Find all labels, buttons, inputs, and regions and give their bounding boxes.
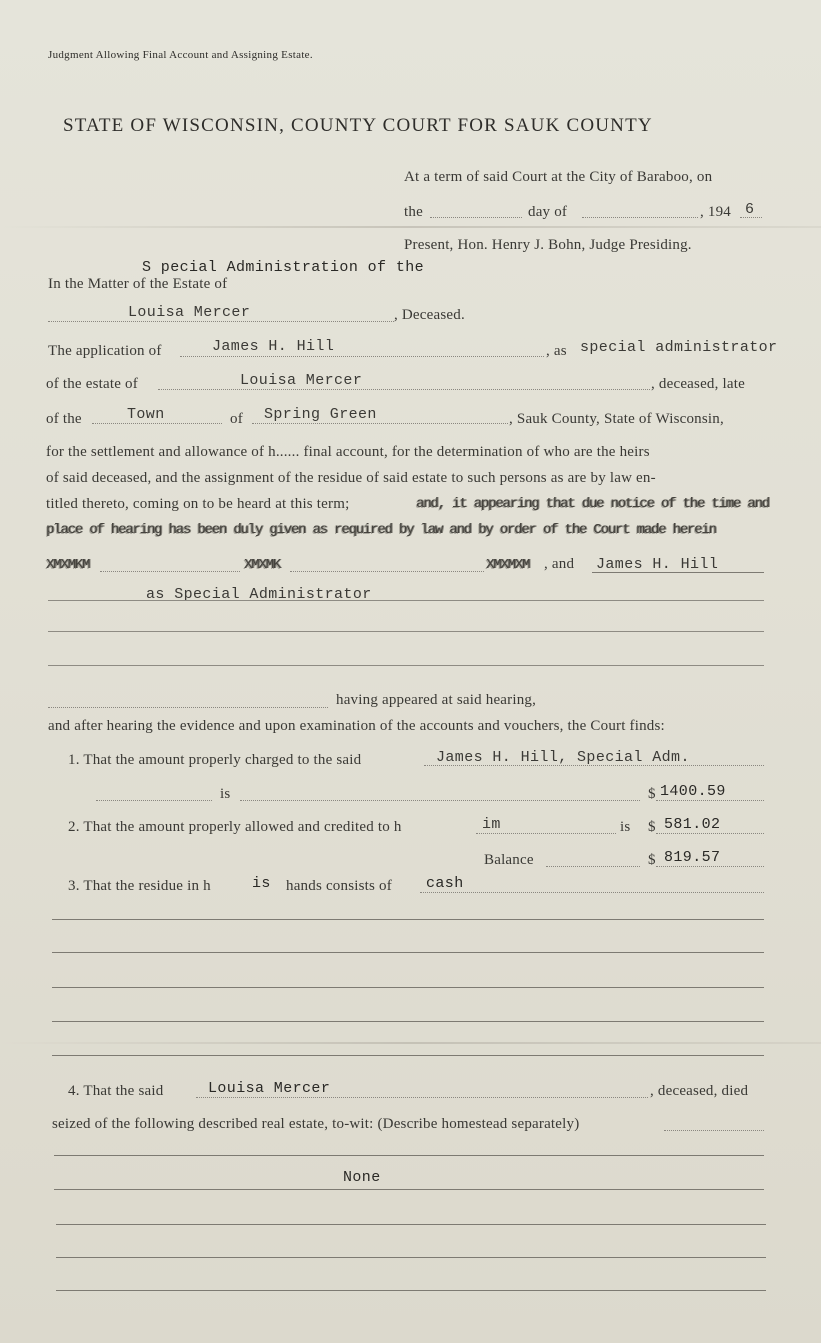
appeared-label: having appeared at said hearing, — [336, 692, 536, 709]
blank-field — [546, 866, 640, 867]
finding-2-typed[interactable]: im — [482, 816, 501, 833]
balance-label: Balance — [484, 852, 534, 869]
struck-text-a: XMXMKM — [46, 557, 89, 573]
party-capacity-field — [48, 600, 764, 601]
estate-name-field — [158, 389, 650, 390]
deceased-label: , Deceased. — [394, 307, 465, 324]
finding-3-hands-label: hands consists of — [286, 878, 392, 895]
after-hearing-line: and after hearing the evidence and upon … — [48, 718, 665, 735]
day-of-label: day of — [528, 204, 567, 221]
paper-fold-line — [0, 226, 821, 228]
body-line-3: titled thereto, coming on to be heard at… — [46, 496, 349, 513]
struck-text-line-3: and, it appearing that due notice of the… — [416, 496, 769, 512]
party-field — [592, 572, 764, 573]
as-label: , as — [546, 343, 567, 360]
finding-1-amount-field — [656, 800, 764, 801]
court-title: STATE OF WISCONSIN, COUNTY COURT FOR SAU… — [63, 115, 653, 137]
struck-text-c: XMXMXM — [486, 557, 529, 573]
applicant-typed[interactable]: James H. Hill — [212, 338, 334, 355]
the-label: the — [404, 204, 423, 221]
finding-1-amount[interactable]: 1400.59 — [660, 783, 726, 800]
residue-line[interactable] — [52, 1055, 764, 1056]
blank-field — [290, 571, 484, 572]
blank-field — [240, 800, 640, 801]
appearance-field[interactable] — [48, 707, 328, 708]
application-label: The application of — [48, 343, 162, 360]
finding-1-label: 1. That the amount properly charged to t… — [68, 752, 361, 769]
blank-line[interactable] — [48, 665, 764, 666]
finding-1-typed[interactable]: James H. Hill, Special Adm. — [436, 749, 690, 766]
finding-3-typed[interactable]: cash — [426, 875, 464, 892]
finding-1-field — [424, 765, 764, 766]
finding-3-label: 3. That the residue in h — [68, 878, 211, 895]
real-estate-typed[interactable]: None — [343, 1169, 381, 1186]
day-field[interactable] — [430, 217, 522, 218]
residue-line[interactable] — [52, 1021, 764, 1022]
form-caption: Judgment Allowing Final Account and Assi… — [48, 49, 313, 61]
matter-typed-prefix: S pecial Administration of the — [142, 259, 424, 276]
body-line-1: for the settlement and allowance of h...… — [46, 444, 650, 461]
estate-of-label: of the estate of — [46, 376, 138, 393]
matter-label: In the Matter of the Estate of — [48, 276, 227, 293]
finding-4-died-label: , deceased, died — [650, 1083, 748, 1100]
balance-dollar: $ — [648, 852, 656, 869]
balance-amount-field — [656, 866, 764, 867]
and-label: , and — [544, 556, 574, 573]
municipality-type-field — [92, 423, 222, 424]
finding-1-is-label: is — [220, 786, 230, 803]
year-field-line — [740, 217, 762, 218]
term-line: At a term of said Court at the City of B… — [404, 169, 712, 186]
finding-4-typed[interactable]: Louisa Mercer — [208, 1080, 330, 1097]
finding-4-label: 4. That the said — [68, 1083, 163, 1100]
struck-text-line-4: place of hearing has been duly given as … — [46, 522, 716, 538]
of-the-label: of the — [46, 411, 82, 428]
finding-4-field — [196, 1097, 648, 1098]
party-typed[interactable]: James H. Hill — [596, 556, 718, 573]
blank-field — [100, 571, 240, 572]
paper-fold-line — [0, 1042, 821, 1044]
year-prefix: , 194 — [700, 204, 731, 221]
deceased-name-field — [48, 321, 394, 322]
municipality-name-field — [252, 423, 508, 424]
body-line-2: of said deceased, and the assignment of … — [46, 470, 656, 487]
court-form-page: Judgment Allowing Final Account and Assi… — [0, 0, 821, 1343]
finding-2-dollar: $ — [648, 819, 656, 836]
capacity-typed[interactable]: special administrator — [580, 339, 777, 356]
real-estate-line[interactable] — [56, 1224, 766, 1225]
blank-line[interactable] — [48, 631, 764, 632]
month-field[interactable] — [582, 217, 698, 218]
finding-2-is-label: is — [620, 819, 630, 836]
finding-3-field — [420, 892, 764, 893]
county-state-label: , Sauk County, State of Wisconsin, — [509, 411, 724, 428]
finding-2-amount[interactable]: 581.02 — [664, 816, 720, 833]
balance-amount[interactable]: 819.57 — [664, 849, 720, 866]
finding-2-field — [476, 833, 616, 834]
real-estate-line[interactable] — [54, 1189, 764, 1190]
applicant-field — [180, 356, 544, 357]
residue-line[interactable] — [52, 987, 764, 988]
finding-4-seized-label: seized of the following described real e… — [52, 1116, 579, 1133]
finding-2-amount-field — [656, 833, 764, 834]
real-estate-field — [664, 1130, 764, 1131]
struck-text-b: XMXMK — [244, 557, 280, 573]
municipality-type-typed[interactable]: Town — [127, 406, 165, 423]
finding-2-label: 2. That the amount properly allowed and … — [68, 819, 402, 836]
real-estate-line[interactable] — [54, 1155, 764, 1156]
finding-3-pronoun-typed[interactable]: is — [252, 875, 271, 892]
real-estate-line[interactable] — [56, 1257, 766, 1258]
municipality-name-typed[interactable]: Spring Green — [264, 406, 377, 423]
deceased-name-typed[interactable]: Louisa Mercer — [128, 304, 250, 321]
deceased-late-label: , deceased, late — [651, 376, 745, 393]
year-digit-typed[interactable]: 6 — [745, 201, 754, 218]
of-label: of — [230, 411, 243, 428]
present-judge-line: Present, Hon. Henry J. Bohn, Judge Presi… — [404, 237, 692, 254]
finding-1-dollar: $ — [648, 786, 656, 803]
real-estate-line[interactable] — [56, 1290, 766, 1291]
blank-field — [96, 800, 212, 801]
estate-name-typed[interactable]: Louisa Mercer — [240, 372, 362, 389]
residue-line[interactable] — [52, 952, 764, 953]
residue-line[interactable] — [52, 919, 764, 920]
